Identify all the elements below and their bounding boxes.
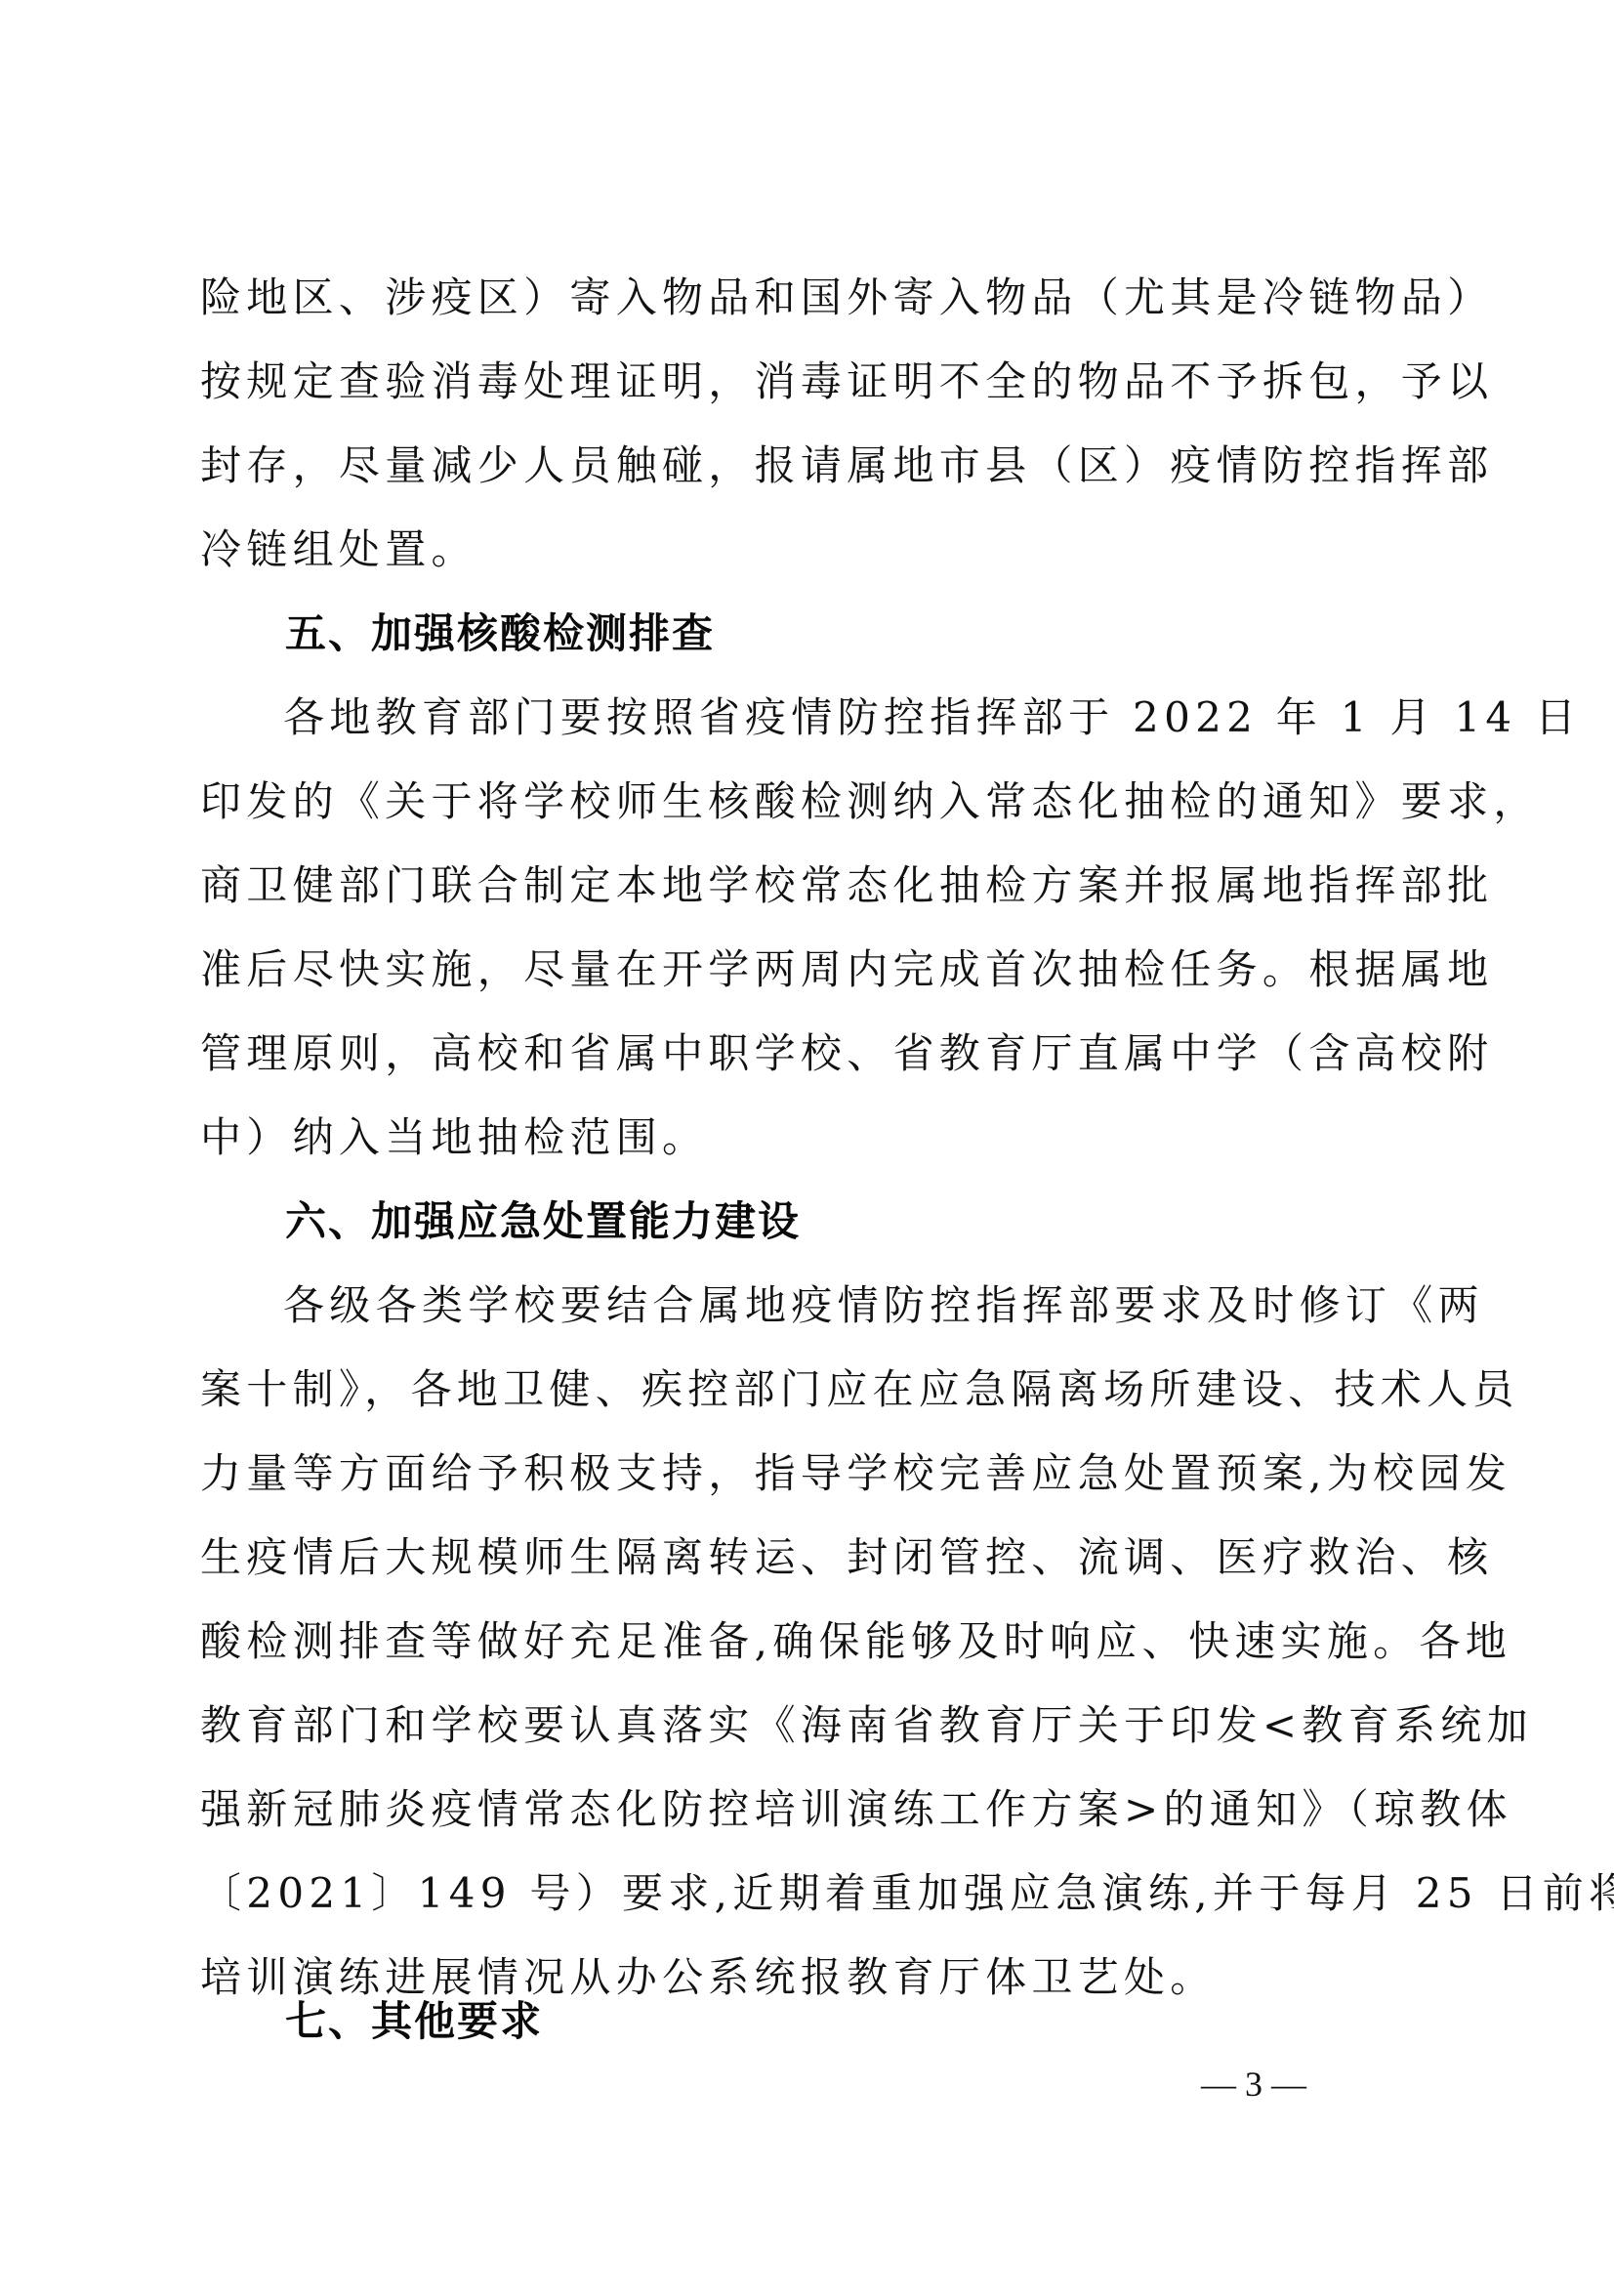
paragraph-line: 力量等方面给予积极支持，指导学校完善应急处置预案,为校园发 <box>200 1444 1426 1503</box>
section-heading-5: 五、加强核酸检测排查 <box>285 605 715 663</box>
paragraph-line: 准后尽快实施，尽量在开学两周内完成首次抽检任务。根据属地 <box>200 940 1426 999</box>
paragraph-line: 各级各类学校要结合属地疫情防控指挥部要求及时修订《两 <box>283 1276 1426 1335</box>
section-heading-6: 六、加强应急处置能力建设 <box>285 1192 801 1251</box>
paragraph-line: 冷链组处置。 <box>200 521 477 579</box>
paragraph-line: 按规定查验消毒处理证明，消毒证明不全的物品不予拆包，予以 <box>200 353 1426 411</box>
paragraph-line: 教育部门和学校要认真落实《海南省教育厅关于印发<教育系统加 <box>200 1696 1426 1755</box>
paragraph-line: 封存，尽量减少人员触碰，报请属地市县（区）疫情防控指挥部 <box>200 437 1426 495</box>
paragraph-line: 酸检测排查等做好充足准备,确保能够及时响应、快速实施。各地 <box>200 1612 1426 1671</box>
page-number: — 3 — <box>1201 2061 1306 2108</box>
paragraph-line: 险地区、涉疫区）寄入物品和国外寄入物品（尤其是冷链物品） <box>200 269 1426 327</box>
section-heading-7: 七、其他要求 <box>285 1992 543 2051</box>
paragraph-line: 强新冠肺炎疫情常态化防控培训演练工作方案>的通知》（琼教体 <box>200 1780 1426 1839</box>
paragraph-line: 〔2021〕149 号）要求,近期着重加强应急演练,并于每月 25 日前将 <box>200 1864 1426 1923</box>
document-page: 险地区、涉疫区）寄入物品和国外寄入物品（尤其是冷链物品） 按规定查验消毒处理证明… <box>0 0 1614 2296</box>
paragraph-line: 印发的《关于将学校师生核酸检测纳入常态化抽检的通知》要求， <box>200 772 1426 831</box>
paragraph-line: 各地教育部门要按照省疫情防控指挥部于 2022 年 1 月 14 日 <box>283 689 1426 747</box>
paragraph-line: 案十制》，各地卫健、疾控部门应在应急隔离场所建设、技术人员 <box>200 1360 1426 1419</box>
paragraph-line: 生疫情后大规模师生隔离转运、封闭管控、流调、医疗救治、核 <box>200 1528 1426 1587</box>
paragraph-line: 商卫健部门联合制定本地学校常态化抽检方案并报属地指挥部批 <box>200 856 1426 915</box>
paragraph-line: 中）纳入当地抽检范围。 <box>200 1108 708 1167</box>
paragraph-line: 管理原则，高校和省属中职学校、省教育厅直属中学（含高校附 <box>200 1024 1426 1083</box>
